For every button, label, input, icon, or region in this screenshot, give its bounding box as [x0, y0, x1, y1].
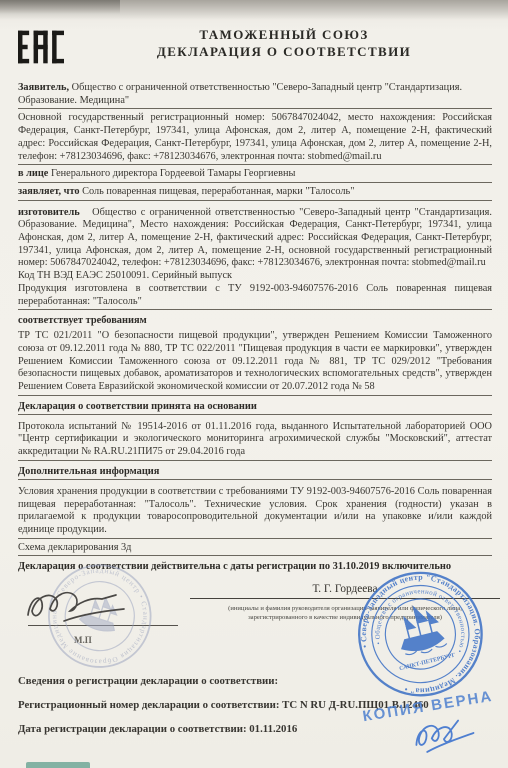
basis-text: Протокола испытаний № 19514-2016 от 01.1…: [18, 421, 492, 461]
registration-number-label: Регистрационный номер декларации о соотв…: [18, 699, 279, 711]
registration-date-value: 01.11.2016: [249, 723, 297, 735]
manufacturer-value: Общество с ограниченной ответственностью…: [18, 207, 492, 269]
basis-heading: Декларация о соответствии принята на осн…: [18, 400, 492, 415]
eac-logo-icon: [18, 28, 64, 71]
complies-text: ТР ТС 021/2011 "О безопасности пищевой п…: [18, 330, 492, 396]
applicant-value: Общество с ограниченной ответственностью…: [18, 82, 462, 106]
ship-icon: [393, 602, 448, 658]
manufacturer-field: изготовитель Общество с ограниченной отв…: [18, 207, 492, 271]
registration-date-label: Дата регистрации декларации о соответств…: [18, 723, 247, 735]
stamp-city-text: САНКТ-ПЕТЕРБУРГ: [399, 652, 457, 672]
manufacturer-block: изготовитель Общество с ограниченной отв…: [18, 207, 492, 311]
page-title: ТАМОЖЕННЫЙ СОЮЗ ДЕКЛАРАЦИЯ О СООТВЕТСТВИ…: [18, 26, 492, 60]
additional-info-text: Условия хранения продукции в соответстви…: [18, 486, 492, 539]
page-title-line1: ТАМОЖЕННЫЙ СОЮЗ: [76, 26, 492, 43]
applicant-details-field: Основной государственный регистрационный…: [18, 112, 492, 165]
applicant-label: Заявитель,: [18, 82, 69, 93]
represented-by-value: Генерального директора Гордеевой Тамары …: [51, 168, 295, 179]
document-header: ТАМОЖЕННЫЙ СОЮЗ ДЕКЛАРАЦИЯ О СООТВЕТСТВИ…: [18, 26, 492, 78]
declares-value: Соль поваренная пищевая, переработанная,…: [82, 186, 354, 197]
applicant-field: Заявитель, Общество с ограниченной ответ…: [18, 82, 492, 109]
represented-by-field: в лице Генерального директора Гордеевой …: [18, 168, 492, 183]
declares-label: заявляет, что: [18, 186, 80, 197]
scan-artifact: [26, 762, 90, 768]
declares-field: заявляет, что Соль поваренная пищевая, п…: [18, 186, 492, 201]
represented-by-label: в лице: [18, 168, 48, 179]
tu-line: Продукция изготовлена в соответствии с Т…: [18, 283, 492, 308]
manufacturer-label: изготовитель: [18, 207, 80, 218]
mp-label: М.П: [74, 635, 92, 645]
copy-signature: [406, 712, 485, 766]
complies-heading: соответствует требованиям: [18, 314, 492, 327]
additional-info-heading: Дополнительная информация: [18, 465, 492, 480]
tnved-code-line: Код ТН ВЭД ЕАЭС 25010091. Серийный выпус…: [18, 270, 492, 283]
director-signature: [20, 581, 170, 638]
page-title-line2: ДЕКЛАРАЦИЯ О СООТВЕТСТВИИ: [76, 43, 492, 60]
